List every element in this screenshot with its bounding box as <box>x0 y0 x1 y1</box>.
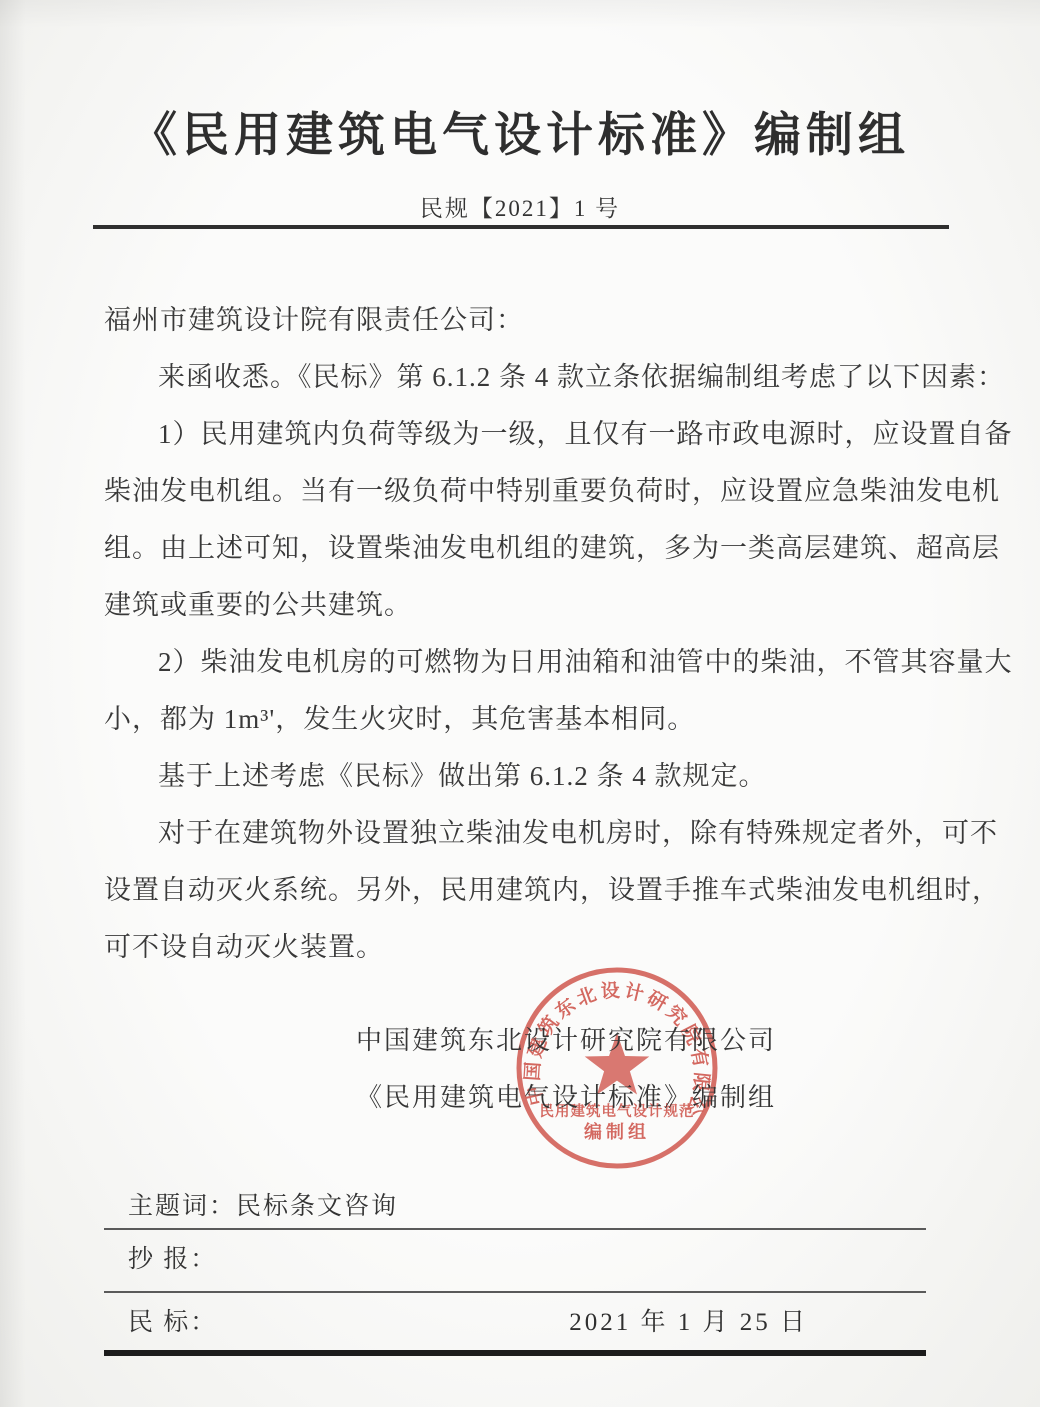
footer-divider-rule <box>104 1350 926 1356</box>
header-divider-rule <box>93 225 949 229</box>
body-line: 福州市建筑设计院有限责任公司： <box>104 292 937 349</box>
body-line: 2）柴油发电机房的可燃物为日用油箱和油管中的柴油，不管其容量大 <box>104 634 937 691</box>
letter-body: 福州市建筑设计院有限责任公司： 来函收悉。《民标》第 6.1.2 条 4 款立条… <box>104 292 937 976</box>
footer-subject-text: 主题词：民标条文咨询 <box>128 1193 398 1220</box>
body-line: 小，都为 1m³'，发生火灾时，其危害基本相同。 <box>104 691 937 748</box>
body-line: 设置自动灭火系统。另外，民用建筑内，设置手推车式柴油发电机组时， <box>104 862 937 919</box>
body-line: 来函收悉。《民标》第 6.1.2 条 4 款立条依据编制组考虑了以下因素： <box>104 349 937 406</box>
body-line: 建筑或重要的公共建筑。 <box>104 577 937 634</box>
document-date: 2021 年 1 月 25 日 <box>569 1293 808 1353</box>
signature-company: 中国建筑东北设计研究院有限公司 <box>46 1012 1040 1069</box>
body-line: 基于上述考虑《民标》做出第 6.1.2 条 4 款规定。 <box>104 748 937 805</box>
document-footer: 主题词：民标条文咨询 抄 报： 民 标： 2021 年 1 月 25 日 <box>104 1186 926 1353</box>
footer-copy-row: 抄 报： <box>104 1230 926 1290</box>
footer-copy-label: 抄 报： <box>128 1246 217 1273</box>
signature-block: 中国建筑东北设计研究院有限公司 《民用建筑电气设计标准》编制组 <box>0 1012 1040 1126</box>
document-title: 《民用建筑电气设计标准》编制组 <box>0 98 1040 165</box>
signature-group: 《民用建筑电气设计标准》编制组 <box>46 1069 1040 1126</box>
body-line: 组。由上述可知，设置柴油发电机组的建筑，多为一类高层建筑、超高层 <box>104 520 937 577</box>
footer-minbiao-label: 民 标： <box>128 1309 217 1336</box>
scanned-letter-page: 《民用建筑电气设计标准》编制组 民规【2021】1 号 福州市建筑设计院有限责任… <box>0 0 1040 1407</box>
body-line: 1）民用建筑内负荷等级为一级，且仅有一路市政电源时，应设置自备 <box>104 406 937 463</box>
document-number: 民规【2021】1 号 <box>0 190 1040 223</box>
body-line: 对于在建筑物外设置独立柴油发电机房时，除有特殊规定者外，可不 <box>104 805 937 862</box>
footer-minbiao-row: 民 标： 2021 年 1 月 25 日 <box>104 1293 926 1353</box>
footer-subject-row: 主题词：民标条文咨询 <box>104 1186 926 1228</box>
body-line: 柴油发电机组。当有一级负荷中特别重要负荷时，应设置应急柴油发电机 <box>104 463 937 520</box>
